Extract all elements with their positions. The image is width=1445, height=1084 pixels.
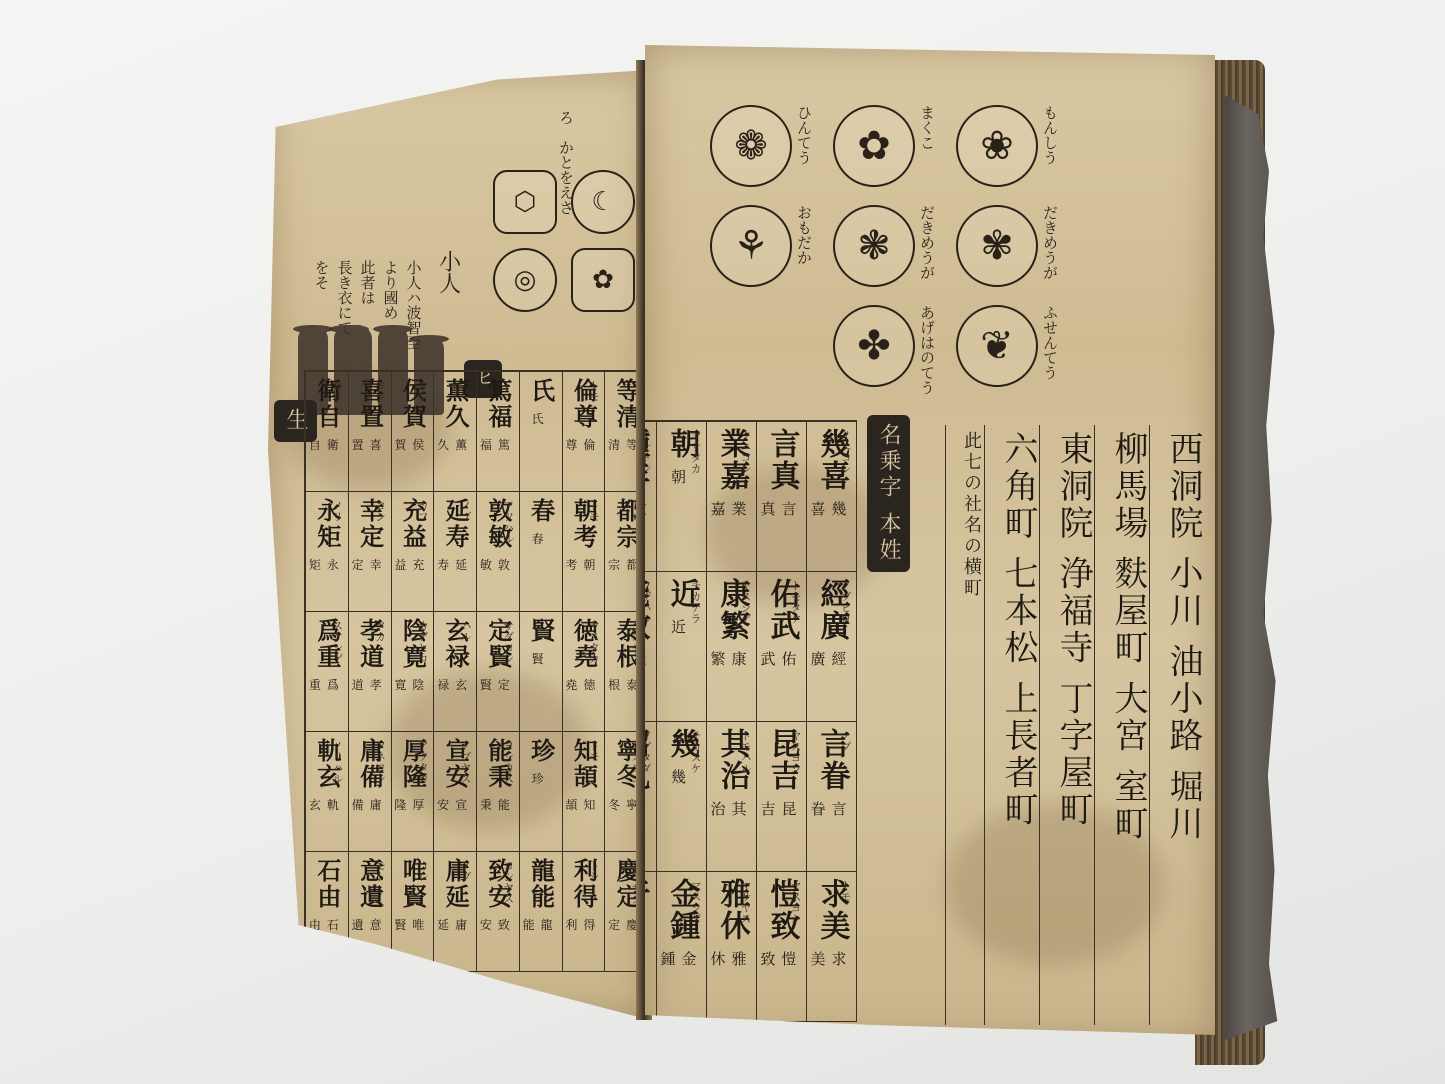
grid-cell: 定賢サダヨシ賢定 <box>477 612 520 732</box>
kana-reading: コレ <box>414 380 430 402</box>
grid-cell: 幾チカスケ幾 <box>657 722 707 872</box>
kana-reading: ヨシ <box>372 380 388 402</box>
regular-script-gloss: 吉昆 <box>761 798 803 819</box>
crest-label: おもだか <box>796 205 811 265</box>
regular-script-gloss: 致愷 <box>761 948 803 969</box>
kana-reading: ノリ <box>329 500 345 522</box>
crest-entry: もんしう❀ <box>956 105 1057 187</box>
grid-cell: 倫尊トモ尊倫 <box>563 372 606 492</box>
kana-reading: トモタケ <box>787 580 803 624</box>
kana-reading: トモ <box>585 740 601 762</box>
regular-script-gloss: 廣經 <box>811 648 853 669</box>
grid-cell: 康繁ヤスシゲ繁康 <box>707 572 757 722</box>
seal-script-characters: 言真 <box>767 428 797 492</box>
seal-script-characters: 龍能 <box>529 858 553 910</box>
regular-script-gloss: 定幸 <box>352 556 388 573</box>
grid-cell: 軌玄ノリハル玄軌 <box>306 732 349 852</box>
seal-script-characters: 石由 <box>315 858 339 910</box>
kana-reading: カフ <box>414 500 430 522</box>
grid-cell: 敦敏アツハル敏敦 <box>477 492 520 612</box>
crest-label: もんしう <box>1042 105 1057 165</box>
regular-script-gloss: 能龍 <box>523 916 559 933</box>
kana-reading: スケシゲ <box>329 620 345 664</box>
grid-cell: 利得トシ利得 <box>563 852 606 972</box>
grid-cell: 永矩ノリ矩永 <box>306 492 349 612</box>
crest-icon-rings: ◎ <box>493 248 557 312</box>
regular-script-gloss: 賢唯 <box>394 916 430 933</box>
regular-script-gloss: 賢 <box>532 650 550 667</box>
regular-script-gloss: 置喜 <box>352 436 388 453</box>
grid-cell: 知頡トモ頡知 <box>563 732 606 852</box>
crest-entry: おもだか⚘ <box>710 205 811 287</box>
grid-cell: 業嘉クニコレ嘉業 <box>707 422 757 572</box>
kana-reading: クニコレ <box>737 430 753 474</box>
regular-script-gloss: 由石 <box>309 916 345 933</box>
grid-cell: 求美トモ美求 <box>807 872 857 1022</box>
grid-cell: 幾喜イエコレ喜幾 <box>807 422 857 572</box>
family-crest-icon: ✤ <box>833 305 915 387</box>
caption-line: 長き衣にて <box>334 260 354 335</box>
family-crest-icon: ❀ <box>956 105 1038 187</box>
kana-reading: アツハル <box>500 500 516 544</box>
regular-script-gloss: 重爲 <box>309 676 345 693</box>
crest-icon-kikko: ⬡ <box>493 170 557 234</box>
kana-reading: ノブ <box>457 500 473 522</box>
regular-script-gloss: 利得 <box>565 916 601 933</box>
kana-reading: ノブヒロ <box>837 580 853 624</box>
script-column: 東洞院 浄福寺 丁字屋町 <box>1039 425 1094 1025</box>
grid-cell: 幸定ヨシ定幸 <box>349 492 392 612</box>
regular-script-gloss: 矩永 <box>309 556 345 573</box>
kana-reading: ヤスヨシ <box>787 880 803 924</box>
grid-cell: 言真真言 <box>757 422 807 572</box>
seal-script-characters: 篤福 <box>486 378 510 430</box>
crest-entry: まくこ✿ <box>833 105 934 187</box>
grid-cell: 珍珍 <box>520 732 563 852</box>
regular-script-gloss: 嘉業 <box>711 498 753 519</box>
kana-reading: チカナラ <box>687 580 703 624</box>
regular-script-gloss: 益充 <box>394 556 430 573</box>
regular-script-gloss: 真言 <box>761 498 803 519</box>
regular-script-gloss: 延庸 <box>437 916 473 933</box>
regular-script-gloss: 賢定 <box>480 676 516 693</box>
grid-cell: 氏氏 <box>520 372 563 492</box>
grid-cell: 能秉ヨシカス秉能 <box>477 732 520 852</box>
family-crest-icon: ❁ <box>710 105 792 187</box>
grid-cell: 厚隆アツタカ隆厚 <box>392 732 435 852</box>
grid-cell: 雅休マサヤス休雅 <box>707 872 757 1022</box>
crest-label: だきめうが <box>919 205 934 280</box>
kana-reading: ヤスタカ <box>585 620 601 664</box>
kana-reading: モリ <box>329 380 345 402</box>
crest-label: ふせんてう <box>1042 305 1057 380</box>
grid-cell: 爲重スケシゲ重爲 <box>306 612 349 732</box>
grid-cell: 庸延ノブ延庸 <box>434 852 477 972</box>
grid-cell: 徳堯ヤスタカ堯徳 <box>563 612 606 732</box>
crest-entry: あげはのてう✤ <box>833 305 934 395</box>
kana-reading: トモ <box>837 880 853 902</box>
grid-cell: 其治トモハル治其 <box>707 722 757 872</box>
crest-label: あげはのてう <box>919 305 934 395</box>
kana-reading: モト <box>372 860 388 882</box>
kana-reading: ノブ <box>837 730 853 752</box>
crest-label: ひんてう <box>796 105 811 165</box>
kana-reading: ノリハル <box>329 740 345 784</box>
regular-script-gloss: 珍 <box>532 770 550 787</box>
kana-reading: タカ <box>372 620 388 642</box>
regular-script-gloss: 眷言 <box>811 798 853 819</box>
crest-icon-crescent: ☾ <box>571 170 635 234</box>
family-crest-icon: ❦ <box>956 305 1038 387</box>
grid-cell: 侯賀コレ賀侯 <box>392 372 435 492</box>
crest-entry: だきめうが❃ <box>833 205 934 287</box>
regular-script-gloss: 遺意 <box>352 916 388 933</box>
kana-reading: マサヤス <box>737 880 753 924</box>
kana-reading: サダヨシ <box>500 620 516 664</box>
family-crest-icon: ⚘ <box>710 205 792 287</box>
grid-cell: 意遺モト遺意 <box>349 852 392 972</box>
kana-reading: トモ <box>585 380 601 402</box>
regular-script-gloss: 久薫 <box>437 436 473 453</box>
caption-line: 此者は <box>357 260 377 305</box>
kana-reading: トシ <box>585 860 601 882</box>
regular-script-gloss: 喜幾 <box>811 498 853 519</box>
regular-script-gloss: 寛陰 <box>394 676 430 693</box>
grid-cell: 朝考トモ考朝 <box>563 492 606 612</box>
regular-script-gloss: 敏敦 <box>480 556 516 573</box>
kana-reading: ノブ <box>457 860 473 882</box>
regular-script-gloss: 考朝 <box>565 556 601 573</box>
grid-cell: 朝マサタカ朝 <box>657 422 707 572</box>
grid-cell: 致安ヨシヤス安致 <box>477 852 520 972</box>
grid-cell: 賢賢 <box>520 612 563 732</box>
crest-entry: だきめうが✾ <box>956 205 1057 287</box>
regular-script-gloss: 隆厚 <box>394 796 430 813</box>
crest-label: だきめうが <box>1042 205 1057 280</box>
family-crest-icon: ✿ <box>833 105 915 187</box>
regular-script-gloss: 休雅 <box>711 948 753 969</box>
kana-reading: アツタカ <box>414 740 430 784</box>
script-column: 西洞院 小川 油小路 堀川 <box>1149 425 1204 1025</box>
regular-script-gloss: 備庸 <box>352 796 388 813</box>
regular-script-gloss: 春 <box>532 530 550 547</box>
crest-label: かとをえさ <box>558 140 573 215</box>
grid-cell: 唯賢コレ賢唯 <box>392 852 435 972</box>
regular-script-gloss: 頡知 <box>565 796 601 813</box>
seal-script-characters: 氏 <box>529 378 553 404</box>
kana-reading: マサタカ <box>687 430 703 474</box>
grid-cell: 佑武トモタケ武佑 <box>757 572 807 722</box>
regular-script-gloss: 秉能 <box>480 796 516 813</box>
regular-script-gloss: 武佑 <box>761 648 803 669</box>
right-page: もんしう❀まくこ✿ひんてう❁だきめうが✾だきめうが❃おもだか⚘ふせんてう❦あげは… <box>645 45 1215 1045</box>
regular-script-gloss: 寿延 <box>437 556 473 573</box>
header-tab-honsei: 名乗字 本姓 <box>867 415 910 572</box>
kana-reading: ヤスヨシ <box>787 730 803 774</box>
grid-cell: 石由由石 <box>306 852 349 972</box>
grid-cell: 篤福福篤 <box>477 372 520 492</box>
seal-script-characters: 薫久 <box>443 378 467 430</box>
grid-cell: 愷致ヤスヨシ致愷 <box>757 872 807 1022</box>
regular-script-gloss: 堯徳 <box>565 676 601 693</box>
script-column: 柳馬場 麩屋町 大宮 室町 <box>1094 425 1149 1025</box>
kana-reading: ヨシヤス <box>500 860 516 904</box>
regular-script-gloss: 氏 <box>532 410 550 427</box>
crest-entry: ふせんてう❦ <box>956 305 1057 395</box>
regular-script-gloss: 禄玄 <box>437 676 473 693</box>
grid-cell: 延寿ノブ寿延 <box>434 492 477 612</box>
regular-script-gloss: 道孝 <box>352 676 388 693</box>
grid-cell: 喜置ヨシ置喜 <box>349 372 392 492</box>
seal-script-characters: 珍 <box>529 738 553 764</box>
regular-script-gloss: 尊倫 <box>565 436 601 453</box>
right-crests: もんしう❀まくこ✿ひんてう❁だきめうが✾だきめうが❃おもだか⚘ふせんてう❦あげは… <box>657 105 1057 395</box>
grid-cell: 孝道タカ道孝 <box>349 612 392 732</box>
photo-scene: 小人 小人ハ波智至 より國め 此者は 長き衣にて をそ ⬡ ☾ ◎ ✿ ろ かと… <box>0 0 1445 1084</box>
seal-script-characters: 等清 <box>614 378 638 430</box>
kana-reading: ノブヤス <box>457 740 473 784</box>
kana-reading: コレ <box>414 860 430 882</box>
regular-script-gloss: 美求 <box>811 948 853 969</box>
grid-cell: 金鍾マスシゲ鍾金 <box>657 872 707 1022</box>
regular-script-gloss: 賀侯 <box>394 436 430 453</box>
kana-reading: トモハル <box>737 730 753 774</box>
cursive-text-columns: 西洞院 小川 油小路 堀川 柳馬場 麩屋町 大宮 室町 東洞院 浄福寺 丁字屋町… <box>945 425 1204 1025</box>
caption-title: 小人 <box>433 250 462 294</box>
family-crest-icon: ❃ <box>833 205 915 287</box>
left-page: 小人 小人ハ波智至 より國め 此者は 長き衣にて をそ ⬡ ☾ ◎ ✿ ろ かと… <box>268 70 650 1020</box>
family-crest-icon: ✾ <box>956 205 1038 287</box>
regular-script-gloss: 安宣 <box>437 796 473 813</box>
kana-reading: ヨシカス <box>500 740 516 784</box>
crest-entry: ひんてう❁ <box>710 105 811 187</box>
script-column: 此七の社名の横町 <box>945 425 984 1025</box>
kana-reading: ヨシ <box>372 500 388 522</box>
left-character-grid: 等清清等倫尊トモ尊倫氏氏篤福福篤薫久久薫侯賀コレ賀侯喜置ヨシ置喜衛自モリ自衛都宗… <box>304 370 648 972</box>
crest-label: まくこ <box>919 105 934 150</box>
regular-script-gloss: 治其 <box>711 798 753 819</box>
kana-reading: チカスケ <box>687 730 703 774</box>
kana-reading: ハル <box>457 620 473 642</box>
grid-cell: 衛自モリ自衛 <box>306 372 349 492</box>
regular-script-gloss: 繁康 <box>711 648 753 669</box>
regular-script-gloss: 安致 <box>480 916 516 933</box>
caption-line: をそ <box>311 260 331 290</box>
grid-cell: 春春 <box>520 492 563 612</box>
grid-cell: 宣安ノブヤス安宣 <box>434 732 477 852</box>
regular-script-gloss: 福篤 <box>480 436 516 453</box>
script-column: 六角町 七本松 上長者町 <box>984 425 1039 1025</box>
grid-cell: 近チカナラ近 <box>657 572 707 722</box>
seal-script-characters: 春 <box>529 498 553 524</box>
caption-line: より國め <box>380 260 400 320</box>
grid-cell: 充益カフ益充 <box>392 492 435 612</box>
kana-reading: トモ <box>585 500 601 522</box>
grid-cell: 玄禄ハル禄玄 <box>434 612 477 732</box>
grid-cell: 庸備ツネヨシ備庸 <box>349 732 392 852</box>
grid-cell: 言眷ノブ眷言 <box>807 722 857 872</box>
regular-script-gloss: 自衛 <box>309 436 345 453</box>
crest-label: ろ <box>558 110 573 125</box>
regular-script-gloss: 鍾金 <box>661 948 703 969</box>
seal-script-characters: 賢 <box>529 618 553 644</box>
grid-cell: 龍能能龍 <box>520 852 563 972</box>
grid-cell: 經廣ノブヒロ廣經 <box>807 572 857 722</box>
book-cover-frayed <box>1225 95 1280 1040</box>
regular-script-gloss: 玄軌 <box>309 796 345 813</box>
kana-reading: イエコレ <box>837 430 853 474</box>
kana-reading: ヤスシゲ <box>737 580 753 624</box>
kana-reading: ツネヨシ <box>372 740 388 784</box>
grid-cell: 昆吉ヤスヨシ吉昆 <box>757 722 807 872</box>
kana-reading: カゲヒロ <box>414 620 430 664</box>
grid-cell: 薫久久薫 <box>434 372 477 492</box>
crest-icon-flower-octagon: ✿ <box>571 248 635 312</box>
kana-reading: マスシゲ <box>687 880 703 924</box>
grid-cell: 陰寛カゲヒロ寛陰 <box>392 612 435 732</box>
